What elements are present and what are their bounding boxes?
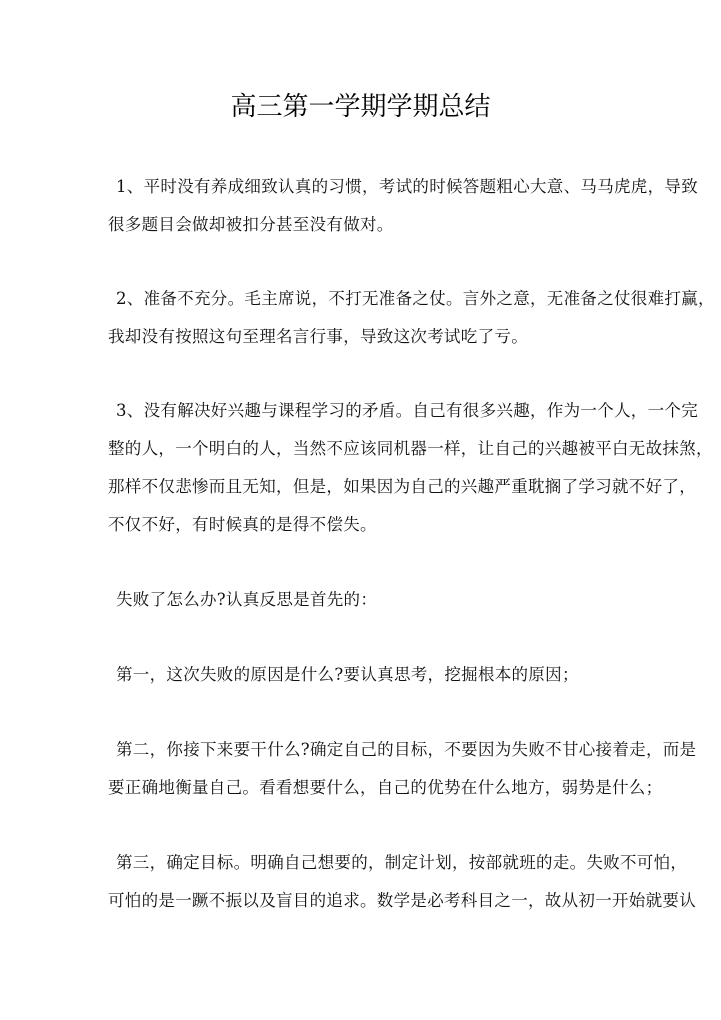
document-title: 高三第一学期学期总结: [0, 90, 721, 124]
paragraph-7-line-1: 第三，确定目标。明确自己想要的，制定计划，按部就班的走。失败不可怕，: [116, 852, 626, 874]
paragraph-2-line-1: 2、准备不充分。毛主席说，不打无准备之仗。言外之意，无准备之仗很难打赢，: [116, 288, 626, 310]
paragraph-6-line-2: 要正确地衡量自己。看看想要什么，自己的优势在什么地方，弱势是什么；: [108, 777, 618, 799]
paragraph-3-line-2: 整的人，一个明白的人，当然不应该同机器一样，让自己的兴趣被平白无故抹煞，: [108, 438, 618, 460]
paragraph-3-line-3: 那样不仅悲惨而且无知，但是，如果因为自己的兴趣严重耽搁了学习就不好了，: [108, 476, 618, 498]
paragraph-6-line-1: 第二，你接下来要干什么?确定自己的目标，不要因为失败不甘心接着走，而是: [116, 739, 626, 761]
paragraph-1-line-1: 1、平时没有养成细致认真的习惯，考试的时候答题粗心大意、马马虎虎，导致: [116, 176, 626, 198]
paragraph-3-line-4: 不仅不好，有时候真的是得不偿失。: [108, 514, 618, 536]
document-page: 高三第一学期学期总结 1、平时没有养成细致认真的习惯，考试的时候答题粗心大意、马…: [0, 0, 721, 1020]
paragraph-3-line-1: 3、没有解决好兴趣与课程学习的矛盾。自己有很多兴趣，作为一个人，一个完: [116, 400, 626, 422]
paragraph-2-line-2: 我却没有按照这句至理名言行事，导致这次考试吃了亏。: [108, 326, 618, 348]
paragraph-7-line-2: 可怕的是一蹶不振以及盲目的追求。数学是必考科目之一，故从初一开始就要认: [108, 890, 618, 912]
paragraph-1-line-2: 很多题目会做却被扣分甚至没有做对。: [108, 214, 618, 236]
paragraph-4-line-1: 失败了怎么办?认真反思是首先的：: [116, 589, 626, 611]
paragraph-5-line-1: 第一，这次失败的原因是什么?要认真思考，挖掘根本的原因；: [116, 664, 626, 686]
